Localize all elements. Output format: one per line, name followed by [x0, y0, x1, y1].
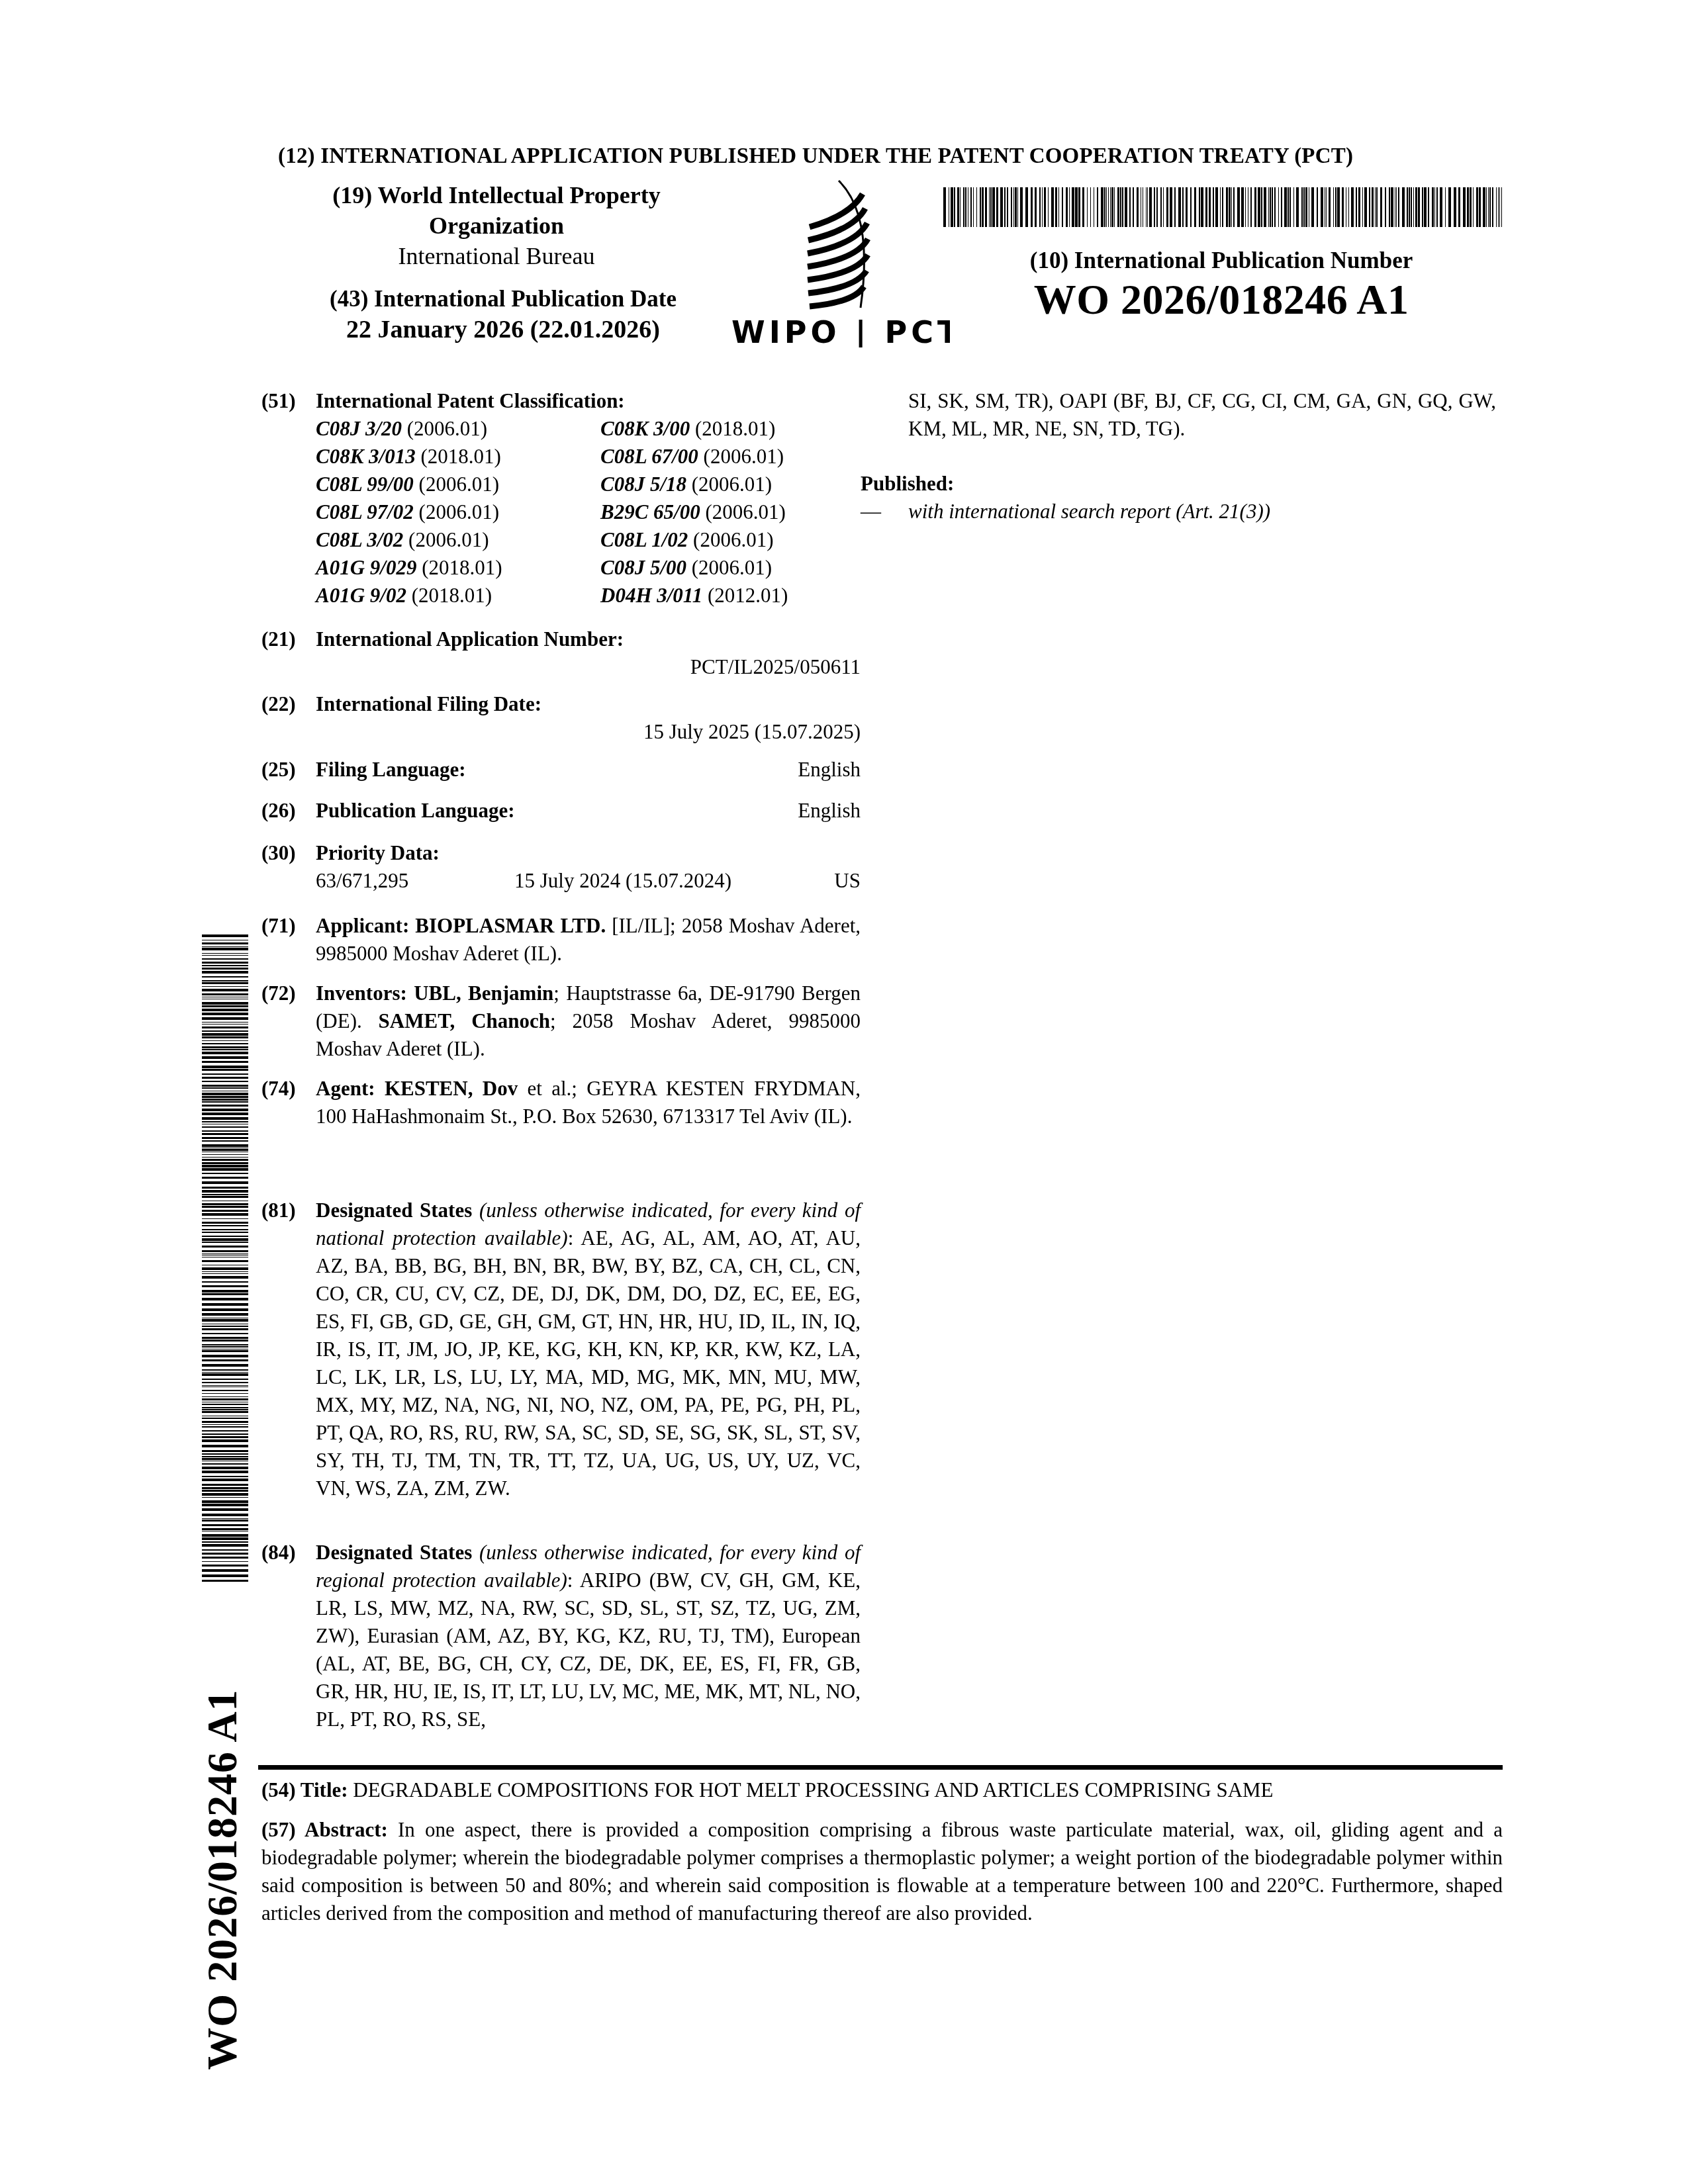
- agent-name: KESTEN, Dov: [385, 1077, 518, 1100]
- applicant-code: (71): [261, 912, 296, 940]
- ipc-version: (2006.01): [693, 528, 773, 551]
- publication-date-value: 22 January 2026 (22.01.2026): [311, 315, 695, 344]
- filing-date-heading: International Filing Date:: [316, 690, 861, 718]
- filing-language-section: (25) Filing Language: English: [261, 756, 861, 784]
- designated-regional-code: (84): [261, 1539, 296, 1567]
- application-number-value: PCT/IL2025/050611: [316, 653, 861, 681]
- agent-heading: Agent:: [316, 1077, 375, 1100]
- abstract-label: (57) Abstract:: [261, 1818, 388, 1841]
- ipc-item: D04H 3/011 (2012.01): [600, 582, 892, 610]
- ipc-version: (2006.01): [705, 500, 785, 523]
- publication-number-block: (10) International Publication Number WO…: [940, 248, 1503, 324]
- ipc-class: C08K 3/00: [600, 417, 690, 440]
- ipc-class: C08K 3/013: [316, 445, 416, 468]
- ipc-version: (2006.01): [407, 417, 487, 440]
- applicant-heading: Applicant:: [316, 914, 409, 937]
- designated-national-section: (81) Designated States (unless otherwise…: [261, 1197, 861, 1502]
- ipc-item: C08L 67/00 (2006.01): [600, 443, 892, 471]
- abstract-text: In one aspect, there is provided a compo…: [261, 1818, 1503, 1925]
- application-number-heading: International Application Number:: [316, 625, 861, 653]
- filing-date-value: 15 July 2025 (15.07.2025): [316, 718, 861, 746]
- published-section: Published: — with international search r…: [861, 470, 1503, 525]
- application-number-code: (21): [261, 625, 296, 653]
- designated-regional-heading: Designated States: [316, 1541, 472, 1564]
- publication-number-value: WO 2026/018246 A1: [940, 275, 1503, 324]
- ipc-version: (2018.01): [420, 445, 500, 468]
- ipc-version: (2006.01): [692, 556, 772, 579]
- ipc-item: C08J 3/20 (2006.01): [316, 415, 600, 443]
- ipc-class: C08J 5/00: [600, 556, 686, 579]
- priority-date: 15 July 2024 (15.07.2024): [514, 867, 834, 895]
- designated-regional-states: : ARIPO (BW, CV, GH, GM, KE, LR, LS, MW,…: [316, 1569, 861, 1731]
- ipc-item: A01G 9/02 (2018.01): [316, 582, 600, 610]
- bureau-name: International Bureau: [311, 241, 682, 271]
- agent-section: (74) Agent: KESTEN, Dov et al.; GEYRA KE…: [261, 1075, 861, 1130]
- ipc-item: C08L 1/02 (2006.01): [600, 526, 892, 554]
- inventors-section: (72) Inventors: UBL, Benjamin; Hauptstra…: [261, 979, 861, 1063]
- applicant-section: (71) Applicant: BIOPLASMAR LTD. [IL/IL];…: [261, 912, 861, 968]
- ipc-version: (2018.01): [412, 584, 492, 607]
- wipo-pct-logo: WIPO | PCT: [725, 175, 950, 347]
- priority-data-section: (30) Priority Data: 63/671,295 15 July 2…: [261, 839, 861, 895]
- barcode-side: [202, 934, 248, 1583]
- ipc-version: (2012.01): [708, 584, 788, 607]
- invention-title-text: DEGRADABLE COMPOSITIONS FOR HOT MELT PRO…: [348, 1778, 1274, 1801]
- designated-regional-continued: SI, SK, SM, TR), OAPI (BF, BJ, CF, CG, C…: [861, 387, 1503, 443]
- organization-name-line2: Organization: [311, 210, 682, 241]
- ipc-version: (2006.01): [704, 445, 784, 468]
- designated-national-code: (81): [261, 1197, 296, 1224]
- inventors-heading: Inventors:: [316, 981, 407, 1005]
- ipc-class: C08J 3/20: [316, 417, 402, 440]
- inventor-name-1: UBL, Benjamin: [414, 981, 553, 1005]
- designated-regional-section: (84) Designated States (unless otherwise…: [261, 1539, 861, 1733]
- ipc-item: A01G 9/029 (2018.01): [316, 554, 600, 582]
- ipc-class: D04H 3/011: [600, 584, 702, 607]
- abstract: (57) Abstract: In one aspect, there is p…: [261, 1816, 1503, 1927]
- ipc-list: C08J 3/20 (2006.01)C08K 3/00 (2018.01)C0…: [316, 415, 861, 610]
- publication-date-label: (43) International Publication Date: [311, 286, 695, 312]
- published-dash: —: [861, 498, 881, 525]
- ipc-version: (2006.01): [408, 528, 489, 551]
- ipc-version: (2018.01): [695, 417, 775, 440]
- ipc-class: C08L 3/02: [316, 528, 403, 551]
- section-divider: [258, 1765, 1503, 1770]
- ipc-item: B29C 65/00 (2006.01): [600, 498, 892, 526]
- side-publication-number-text: WO 2026/018246 A1: [198, 1689, 247, 2070]
- ipc-version: (2018.01): [422, 556, 502, 579]
- ipc-item: C08L 3/02 (2006.01): [316, 526, 600, 554]
- ipc-section: (51) International Patent Classification…: [261, 387, 861, 610]
- priority-country: US: [834, 867, 861, 895]
- application-number-section: (21) International Application Number: P…: [261, 625, 861, 681]
- publication-language-heading: Publication Language:: [316, 797, 515, 825]
- publication-language-value: English: [798, 797, 861, 825]
- publication-number-label: (10) International Publication Number: [940, 248, 1503, 274]
- published-item-text: with international search report (Art. 2…: [908, 500, 1270, 523]
- designated-national-heading: Designated States: [316, 1199, 472, 1222]
- ipc-version: (2006.01): [419, 500, 499, 523]
- wipo-globe-icon: WIPO | PCT: [725, 175, 950, 347]
- logo-text: WIPO | PCT: [731, 314, 950, 347]
- organization-name-line1: (19) World Intellectual Property: [311, 180, 682, 210]
- organization-block: (19) World Intellectual Property Organiz…: [311, 180, 682, 271]
- invention-title: (54) Title: DEGRADABLE COMPOSITIONS FOR …: [261, 1777, 1506, 1803]
- priority-number: 63/671,295: [316, 867, 514, 895]
- ipc-class: A01G 9/029: [316, 556, 416, 579]
- ipc-heading: International Patent Classification:: [316, 387, 861, 415]
- designated-national-states: : AE, AG, AL, AM, AO, AT, AU, AZ, BA, BB…: [316, 1226, 861, 1500]
- filing-language-value: English: [798, 756, 861, 784]
- ipc-class: C08L 99/00: [316, 473, 414, 496]
- ipc-class: A01G 9/02: [316, 584, 406, 607]
- inventor-name-2: SAMET, Chanoch: [379, 1009, 550, 1032]
- ipc-version: (2006.01): [692, 473, 772, 496]
- publication-language-code: (26): [261, 797, 296, 825]
- ipc-version: (2006.01): [419, 473, 499, 496]
- published-heading: Published:: [861, 470, 1503, 498]
- priority-data-code: (30): [261, 839, 296, 867]
- invention-title-label: (54) Title:: [261, 1778, 348, 1801]
- ipc-class: C08J 5/18: [600, 473, 686, 496]
- ipc-class: C08L 1/02: [600, 528, 688, 551]
- applicant-name: BIOPLASMAR LTD.: [415, 914, 606, 937]
- ipc-item: C08J 5/00 (2006.01): [600, 554, 892, 582]
- published-item: — with international search report (Art.…: [861, 498, 1503, 525]
- priority-data-heading: Priority Data:: [316, 839, 861, 867]
- inventors-code: (72): [261, 979, 296, 1007]
- filing-date-section: (22) International Filing Date: 15 July …: [261, 690, 861, 746]
- ipc-item: C08J 5/18 (2006.01): [600, 471, 892, 498]
- ipc-class: C08L 97/02: [316, 500, 414, 523]
- ipc-item: C08K 3/013 (2018.01): [316, 443, 600, 471]
- agent-code: (74): [261, 1075, 296, 1103]
- document-type-heading: (12) INTERNATIONAL APPLICATION PUBLISHED…: [278, 144, 1470, 169]
- publication-date-block: (43) International Publication Date 22 J…: [311, 286, 695, 344]
- priority-data-row: 63/671,295 15 July 2024 (15.07.2024) US: [316, 867, 861, 895]
- ipc-code: (51): [261, 387, 296, 415]
- ipc-class: C08L 67/00: [600, 445, 698, 468]
- ipc-item: C08L 97/02 (2006.01): [316, 498, 600, 526]
- publication-language-section: (26) Publication Language: English: [261, 797, 861, 825]
- ipc-item: C08L 99/00 (2006.01): [316, 471, 600, 498]
- filing-language-heading: Filing Language:: [316, 756, 466, 784]
- filing-language-code: (25): [261, 756, 296, 784]
- barcode-top: [943, 187, 1503, 227]
- designated-regional-continued-text: SI, SK, SM, TR), OAPI (BF, BJ, CF, CG, C…: [861, 387, 1503, 443]
- ipc-class: B29C 65/00: [600, 500, 700, 523]
- ipc-item: C08K 3/00 (2018.01): [600, 415, 892, 443]
- filing-date-code: (22): [261, 690, 296, 718]
